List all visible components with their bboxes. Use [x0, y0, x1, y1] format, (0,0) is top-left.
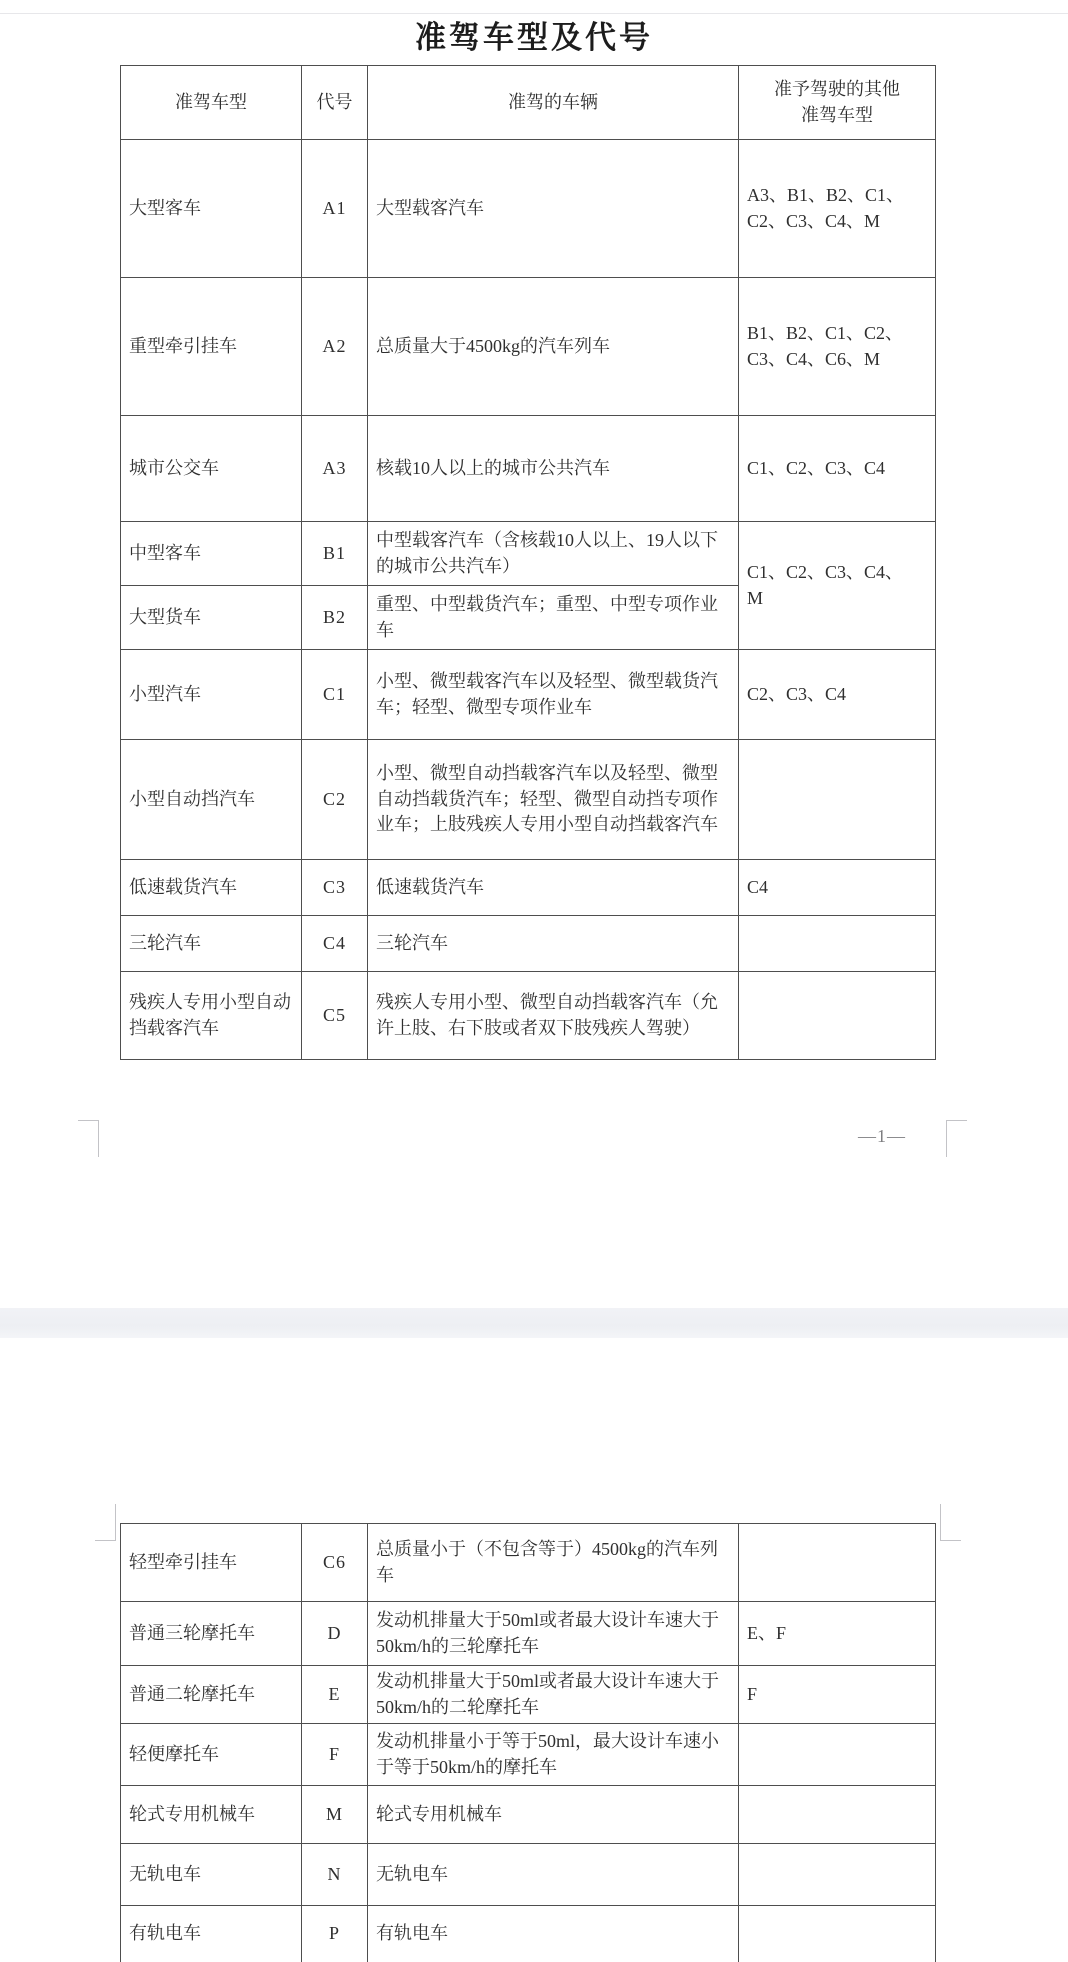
page-margin-mark-top-right — [940, 1504, 961, 1541]
table-row: 轻便摩托车F发动机排量小于等于50ml，最大设计车速小于等于50km/h的摩托车 — [121, 1724, 936, 1786]
vehicle-type-cell: 大型货车 — [121, 586, 302, 650]
vehicle-type-cell: 无轨电车 — [121, 1844, 302, 1906]
vehicle-type-cell: 三轮汽车 — [121, 916, 302, 972]
vehicle-type-cell: 中型客车 — [121, 522, 302, 586]
page-break-separator — [0, 1308, 1068, 1338]
page-margin-mark-bottom-right — [946, 1120, 967, 1157]
table-row: 普通二轮摩托车E发动机排量大于50ml或者最大设计车速大于50km/h的二轮摩托… — [121, 1666, 936, 1724]
table-row: 残疾人专用小型自动挡载客汽车C5残疾人专用小型、微型自动挡载客汽车（允许上肢、右… — [121, 972, 936, 1060]
vehicle-type-cell: 轮式专用机械车 — [121, 1786, 302, 1844]
other-types-cell: E、F — [739, 1602, 936, 1666]
vehicles-cell: 三轮汽车 — [368, 916, 739, 972]
vehicles-cell: 总质量大于4500kg的汽车列车 — [368, 278, 739, 416]
other-types-cell — [739, 916, 936, 972]
vehicles-cell: 低速载货汽车 — [368, 860, 739, 916]
code-cell: A1 — [302, 140, 368, 278]
vehicle-type-cell: 低速载货汽车 — [121, 860, 302, 916]
other-types-cell — [739, 1906, 936, 1962]
vehicles-cell: 小型、微型自动挡载客汽车以及轻型、微型自动挡载货汽车；轻型、微型自动挡专项作业车… — [368, 740, 739, 860]
other-types-cell: C2、C3、C4 — [739, 650, 936, 740]
other-types-cell — [739, 972, 936, 1060]
vehicle-type-cell: 轻型牵引挂车 — [121, 1524, 302, 1602]
code-cell: N — [302, 1844, 368, 1906]
other-types-cell: C1、C2、C3、C4、 M — [739, 522, 936, 650]
vehicles-cell: 发动机排量小于等于50ml，最大设计车速小于等于50km/h的摩托车 — [368, 1724, 739, 1786]
vehicles-cell: 发动机排量大于50ml或者最大设计车速大于50km/h的三轮摩托车 — [368, 1602, 739, 1666]
vehicle-type-cell: 大型客车 — [121, 140, 302, 278]
vehicles-cell: 总质量小于（不包含等于）4500kg的汽车列车 — [368, 1524, 739, 1602]
code-cell: A2 — [302, 278, 368, 416]
table-row: 三轮汽车C4三轮汽车 — [121, 916, 936, 972]
table-row: 有轨电车P有轨电车 — [121, 1906, 936, 1962]
column-header: 代号 — [302, 66, 368, 140]
vehicles-cell: 中型载客汽车（含核载10人以上、19人以下的城市公共汽车） — [368, 522, 739, 586]
vehicle-type-cell: 普通二轮摩托车 — [121, 1666, 302, 1724]
code-cell: M — [302, 1786, 368, 1844]
table-row: 中型客车B1中型载客汽车（含核载10人以上、19人以下的城市公共汽车）C1、C2… — [121, 522, 936, 586]
table-row: 城市公交车A3核载10人以上的城市公共汽车C1、C2、C3、C4 — [121, 416, 936, 522]
other-types-cell: B1、B2、C1、C2、 C3、C4、C6、M — [739, 278, 936, 416]
code-cell: C4 — [302, 916, 368, 972]
code-cell: C6 — [302, 1524, 368, 1602]
table-row: 大型客车A1大型载客汽车A3、B1、B2、C1、 C2、C3、C4、M — [121, 140, 936, 278]
page-title: 准驾车型及代号 — [0, 12, 1068, 57]
other-types-cell — [739, 1844, 936, 1906]
other-types-cell: C4 — [739, 860, 936, 916]
table-row: 小型汽车C1小型、微型载客汽车以及轻型、微型载货汽车；轻型、微型专项作业车C2、… — [121, 650, 936, 740]
vehicles-cell: 小型、微型载客汽车以及轻型、微型载货汽车；轻型、微型专项作业车 — [368, 650, 739, 740]
license-types-table-page1: 准驾车型代号准驾的车辆准予驾驶的其他 准驾车型大型客车A1大型载客汽车A3、B1… — [120, 65, 936, 1060]
vehicles-cell: 大型载客汽车 — [368, 140, 739, 278]
vehicles-cell: 发动机排量大于50ml或者最大设计车速大于50km/h的二轮摩托车 — [368, 1666, 739, 1724]
other-types-cell — [739, 1786, 936, 1844]
table-row: 普通三轮摩托车D发动机排量大于50ml或者最大设计车速大于50km/h的三轮摩托… — [121, 1602, 936, 1666]
document-page: 准驾车型及代号 准驾车型代号准驾的车辆准予驾驶的其他 准驾车型大型客车A1大型载… — [0, 0, 1068, 1962]
vehicle-type-cell: 有轨电车 — [121, 1906, 302, 1962]
table-row: 轻型牵引挂车C6总质量小于（不包含等于）4500kg的汽车列车 — [121, 1524, 936, 1602]
page-number: —1— — [858, 1126, 906, 1147]
page-margin-mark-bottom-left — [78, 1120, 99, 1157]
vehicles-cell: 重型、中型载货汽车；重型、中型专项作业车 — [368, 586, 739, 650]
vehicle-type-cell: 残疾人专用小型自动挡载客汽车 — [121, 972, 302, 1060]
column-header: 准驾的车辆 — [368, 66, 739, 140]
other-types-cell — [739, 1724, 936, 1786]
table-row: 轮式专用机械车M轮式专用机械车 — [121, 1786, 936, 1844]
vehicle-type-cell: 城市公交车 — [121, 416, 302, 522]
other-types-cell: A3、B1、B2、C1、 C2、C3、C4、M — [739, 140, 936, 278]
column-header: 准驾车型 — [121, 66, 302, 140]
vehicles-cell: 核载10人以上的城市公共汽车 — [368, 416, 739, 522]
column-header: 准予驾驶的其他 准驾车型 — [739, 66, 936, 140]
vehicle-type-cell: 小型汽车 — [121, 650, 302, 740]
code-cell: C5 — [302, 972, 368, 1060]
table-header-row: 准驾车型代号准驾的车辆准予驾驶的其他 准驾车型 — [121, 66, 936, 140]
code-cell: F — [302, 1724, 368, 1786]
vehicle-type-cell: 普通三轮摩托车 — [121, 1602, 302, 1666]
table-row: 重型牵引挂车A2总质量大于4500kg的汽车列车B1、B2、C1、C2、 C3、… — [121, 278, 936, 416]
table-row: 低速载货汽车C3低速载货汽车C4 — [121, 860, 936, 916]
code-cell: C3 — [302, 860, 368, 916]
table-row: 小型自动挡汽车C2小型、微型自动挡载客汽车以及轻型、微型自动挡载货汽车；轻型、微… — [121, 740, 936, 860]
page-margin-mark-top-left — [95, 1504, 116, 1541]
vehicle-type-cell: 小型自动挡汽车 — [121, 740, 302, 860]
code-cell: D — [302, 1602, 368, 1666]
table-row: 无轨电车N无轨电车 — [121, 1844, 936, 1906]
vehicle-type-cell: 重型牵引挂车 — [121, 278, 302, 416]
other-types-cell — [739, 1524, 936, 1602]
other-types-cell: F — [739, 1666, 936, 1724]
vehicle-type-cell: 轻便摩托车 — [121, 1724, 302, 1786]
vehicles-cell: 轮式专用机械车 — [368, 1786, 739, 1844]
code-cell: C1 — [302, 650, 368, 740]
license-types-table-page2: 轻型牵引挂车C6总质量小于（不包含等于）4500kg的汽车列车普通三轮摩托车D发… — [120, 1523, 936, 1962]
code-cell: A3 — [302, 416, 368, 522]
code-cell: E — [302, 1666, 368, 1724]
vehicles-cell: 无轨电车 — [368, 1844, 739, 1906]
vehicles-cell: 残疾人专用小型、微型自动挡载客汽车（允许上肢、右下肢或者双下肢残疾人驾驶） — [368, 972, 739, 1060]
vehicles-cell: 有轨电车 — [368, 1906, 739, 1962]
code-cell: B1 — [302, 522, 368, 586]
other-types-cell: C1、C2、C3、C4 — [739, 416, 936, 522]
code-cell: C2 — [302, 740, 368, 860]
code-cell: P — [302, 1906, 368, 1962]
code-cell: B2 — [302, 586, 368, 650]
other-types-cell — [739, 740, 936, 860]
